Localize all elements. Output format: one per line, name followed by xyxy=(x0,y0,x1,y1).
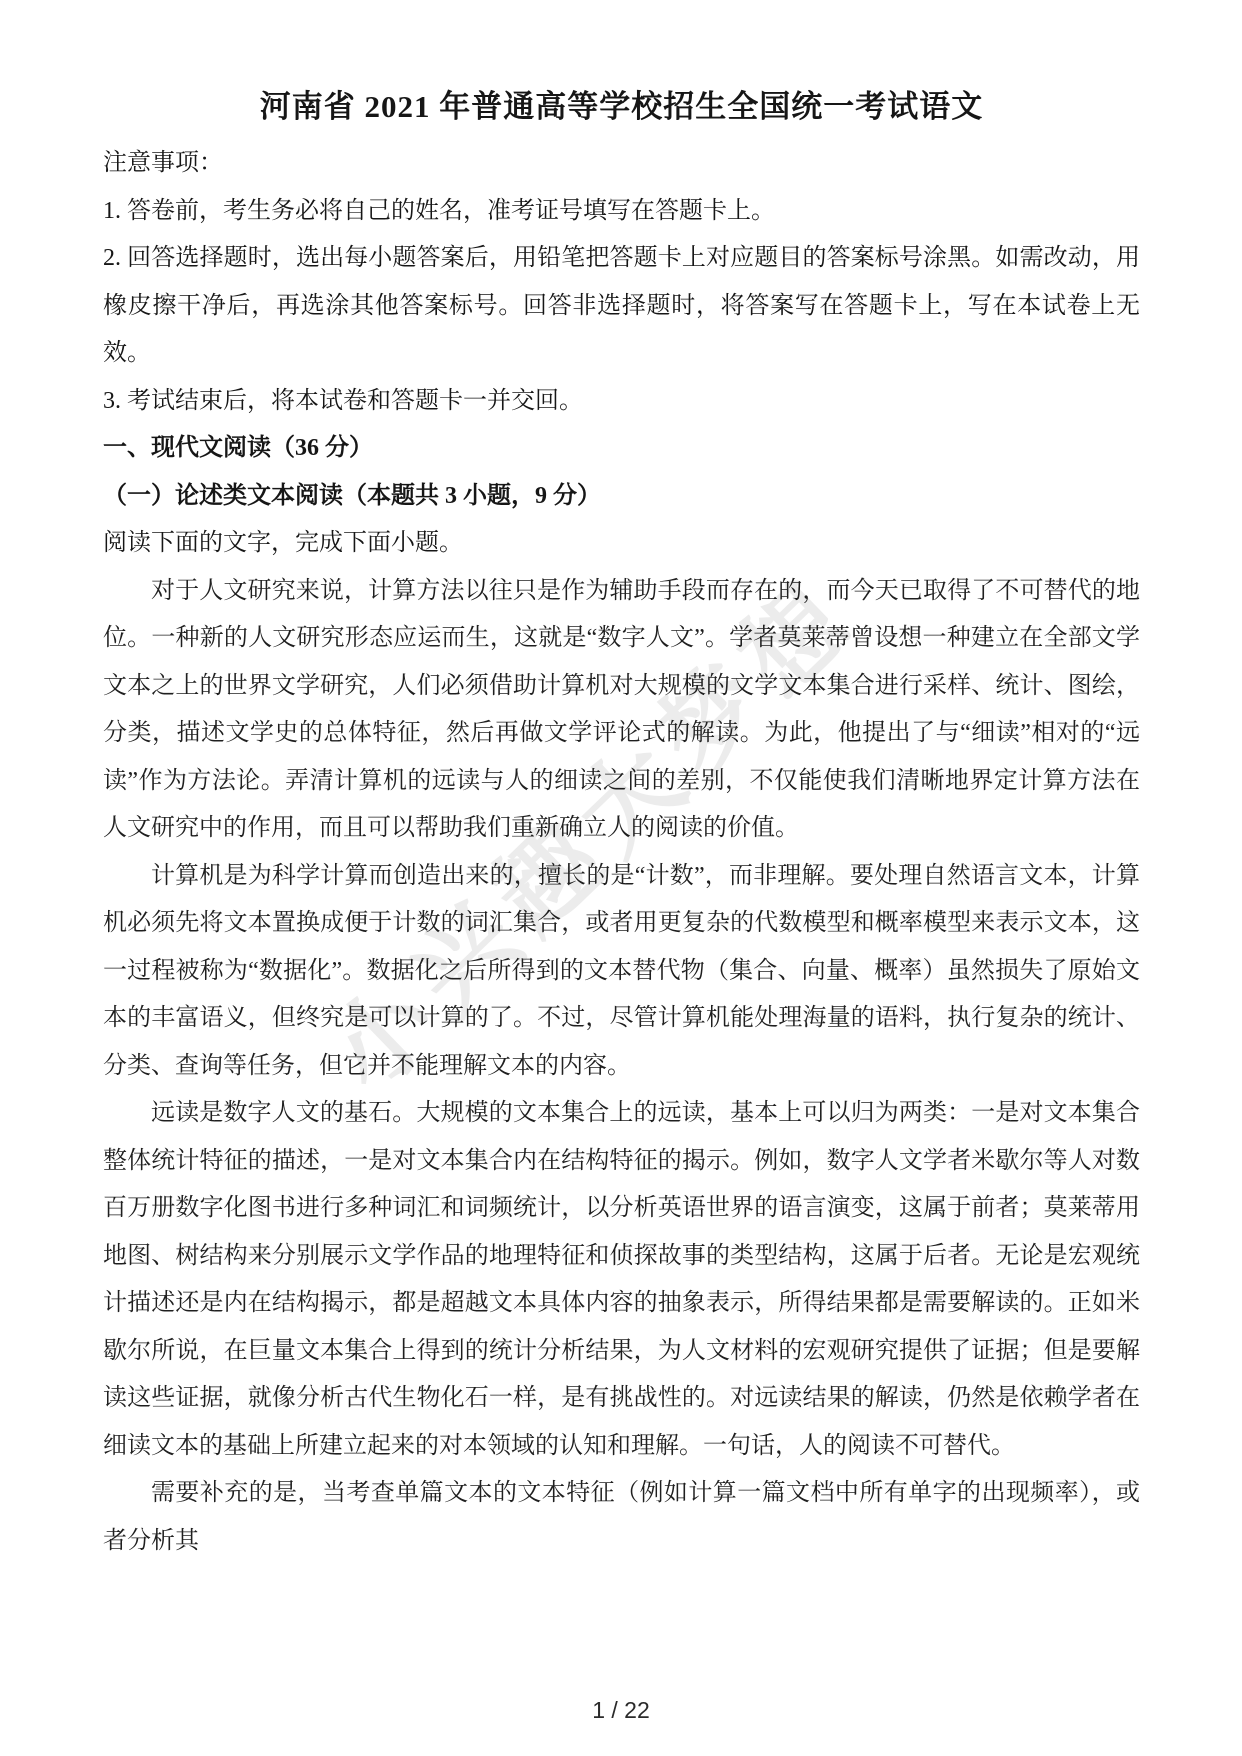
document-title: 河南省 2021 年普通高等学校招生全国统一考试语文 xyxy=(103,84,1140,130)
reading-instruction: 阅读下面的文字，完成下面小题。 xyxy=(103,520,1140,568)
page-content: 河南省 2021 年普通高等学校招生全国统一考试语文 注意事项： 1. 答卷前，… xyxy=(103,84,1140,1565)
notice-item-1: 1. 答卷前，考生务必将自己的姓名，准考证号填写在答题卡上。 xyxy=(103,188,1140,236)
passage-paragraph-4: 需要补充的是，当考查单篇文本的文本特征（例如计算一篇文档中所有单字的出现频率），… xyxy=(103,1470,1140,1565)
exam-paper-page: 小兴趣大梦想 河南省 2021 年普通高等学校招生全国统一考试语文 注意事项： … xyxy=(0,0,1242,1756)
notice-item-3: 3. 考试结束后，将本试卷和答题卡一并交回。 xyxy=(103,378,1140,426)
passage-paragraph-3: 远读是数字人文的基石。大规模的文本集合上的远读，基本上可以归为两类：一是对文本集… xyxy=(103,1090,1140,1470)
subsection-heading-argumentative-text: （一）论述类文本阅读（本题共 3 小题，9 分） xyxy=(103,473,1140,521)
passage-paragraph-1: 对于人文研究来说，计算方法以往只是作为辅助手段而存在的，而今天已取得了不可替代的… xyxy=(103,568,1140,853)
notice-heading: 注意事项： xyxy=(103,140,1140,188)
passage-paragraph-2: 计算机是为科学计算而创造出来的，擅长的是“计数”，而非理解。要处理自然语言文本，… xyxy=(103,853,1140,1091)
section-heading-modern-text-reading: 一、现代文阅读（36 分） xyxy=(103,425,1140,473)
notice-item-2: 2. 回答选择题时，选出每小题答案后，用铅笔把答题卡上对应题目的答案标号涂黑。如… xyxy=(103,235,1140,378)
page-number: 1 / 22 xyxy=(0,1697,1242,1724)
